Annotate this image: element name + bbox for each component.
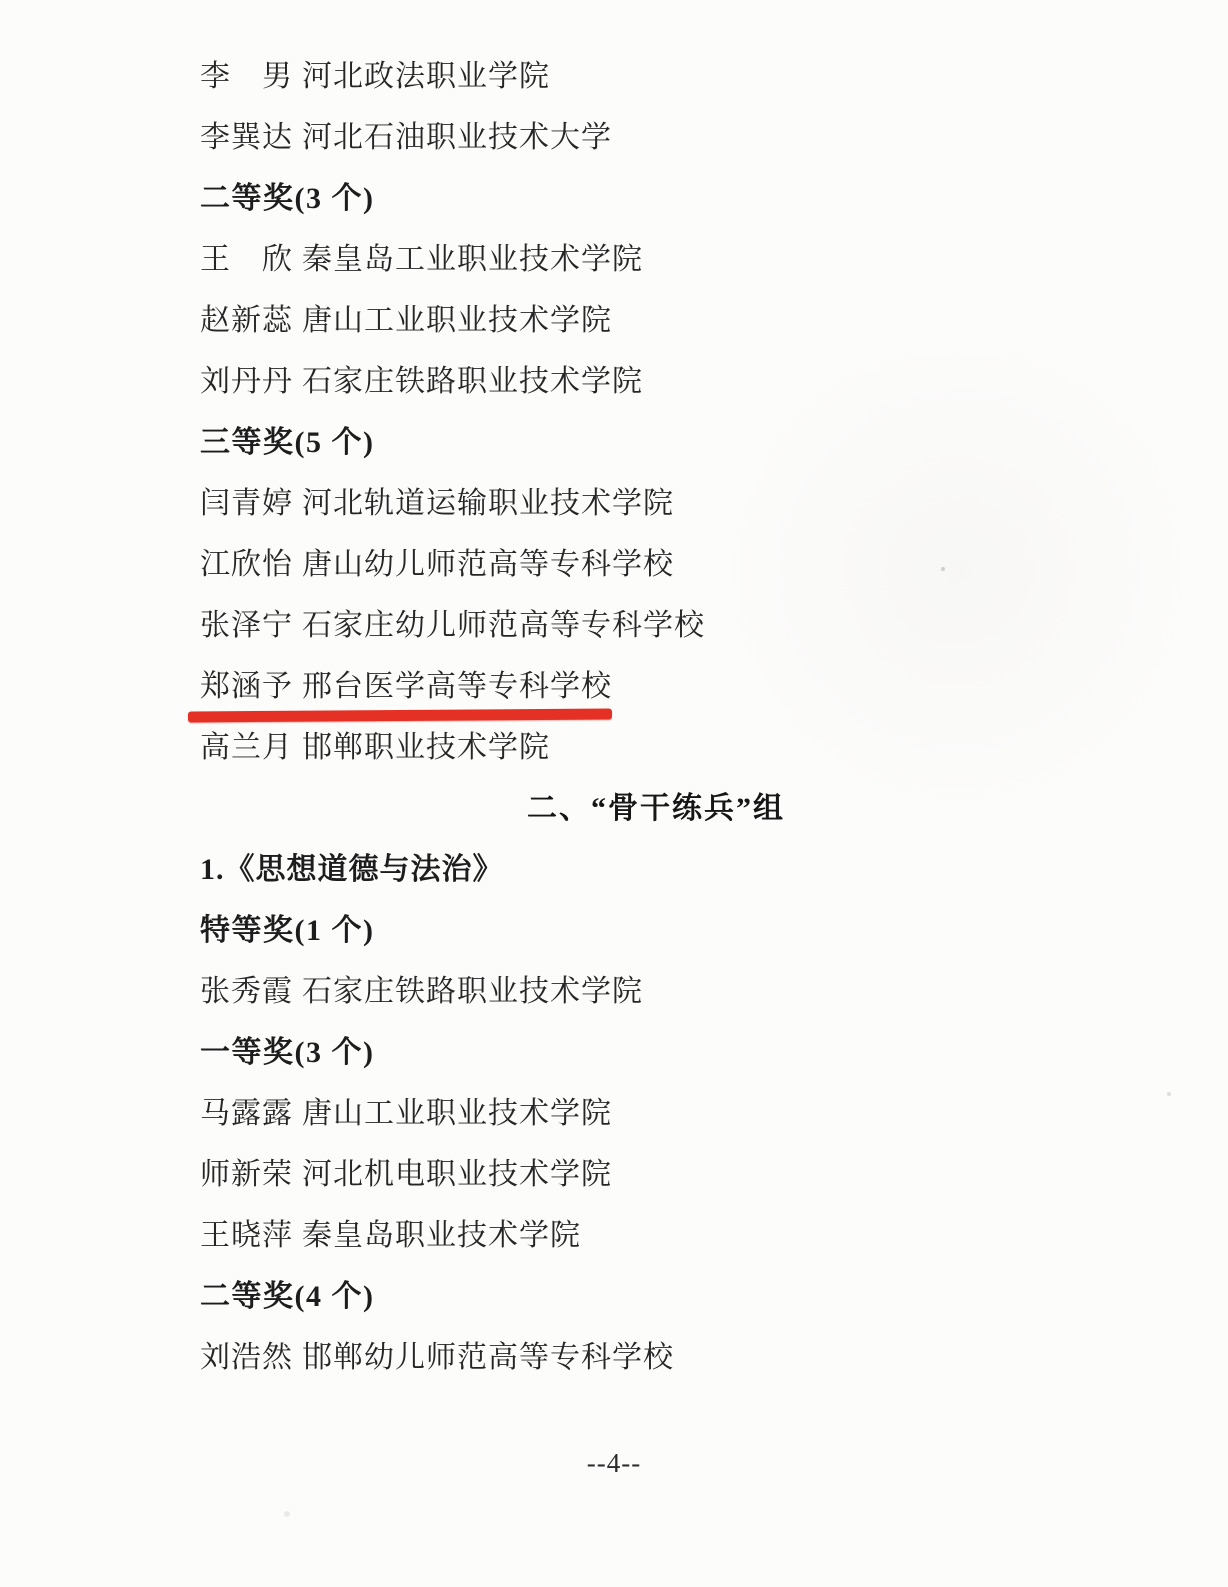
award-tier-heading: 二等奖(3 个) — [200, 182, 1228, 216]
award-entry-row: 王晓萍秦皇岛职业技术学院 — [200, 1219, 1228, 1253]
award-entry-row: 江欣怡唐山幼儿师范高等专科学校 — [200, 548, 1228, 582]
award-entry-row: 张泽宁石家庄幼儿师范高等专科学校 — [200, 609, 1228, 643]
award-entry-row: 张秀霞石家庄铁路职业技术学院 — [200, 975, 1228, 1009]
award-entry-row: 赵新蕊唐山工业职业技术学院 — [200, 304, 1228, 338]
section-heading-row: 二、“骨干练兵”组 — [200, 792, 1228, 826]
award-entry-row: 闫青婷河北轨道运输职业技术学院 — [200, 487, 1228, 521]
winner-name: 闫青婷 — [200, 487, 290, 521]
school-name: 河北石油职业技术大学 — [302, 121, 612, 155]
award-entry-row: 王 欣秦皇岛工业职业技术学院 — [200, 243, 1228, 277]
winner-name: 张秀霞 — [200, 975, 290, 1009]
winner-name: 赵新蕊 — [200, 304, 290, 338]
award-entry-row: 高兰月邯郸职业技术学院 — [200, 731, 1228, 765]
winner-name: 李 男 — [200, 60, 290, 94]
school-name: 邯郸幼儿师范高等专科学校 — [302, 1341, 674, 1375]
scanned-document-page: 李 男河北政法职业学院李巽达河北石油职业技术大学二等奖(3 个)王 欣秦皇岛工业… — [0, 0, 1228, 1587]
school-name: 邢台医学高等专科学校 — [302, 670, 612, 704]
page-number: --4-- — [0, 1448, 1228, 1479]
school-name: 河北机电职业技术学院 — [302, 1158, 612, 1192]
winner-name: 刘浩然 — [200, 1341, 290, 1375]
winner-name: 江欣怡 — [200, 548, 290, 582]
winner-name: 张泽宁 — [200, 609, 290, 643]
school-name: 唐山幼儿师范高等专科学校 — [302, 548, 674, 582]
school-name: 秦皇岛工业职业技术学院 — [302, 243, 643, 277]
award-entry-row: 李 男河北政法职业学院 — [200, 60, 1228, 94]
course-title-heading: 1.《思想道德与法治》 — [200, 853, 1228, 887]
award-tier-heading: 特等奖(1 个) — [200, 914, 1228, 948]
school-name: 邯郸职业技术学院 — [302, 731, 550, 765]
award-entry-row-highlighted: 郑涵予邢台医学高等专科学校 — [200, 670, 1228, 704]
school-name: 石家庄幼儿师范高等专科学校 — [302, 609, 705, 643]
winner-name: 王 欣 — [200, 243, 290, 277]
award-entry-row: 师新荣河北机电职业技术学院 — [200, 1158, 1228, 1192]
award-entry-row: 刘丹丹石家庄铁路职业技术学院 — [200, 365, 1228, 399]
winner-name: 刘丹丹 — [200, 365, 290, 399]
winner-name: 李巽达 — [200, 121, 290, 155]
award-entry-row: 马露露唐山工业职业技术学院 — [200, 1097, 1228, 1131]
winner-name: 王晓萍 — [200, 1219, 290, 1253]
school-name: 唐山工业职业技术学院 — [302, 1097, 612, 1131]
scan-speck — [941, 567, 945, 571]
school-name: 河北轨道运输职业技术学院 — [302, 487, 674, 521]
award-tier-heading: 一等奖(3 个) — [200, 1036, 1228, 1070]
award-tier-heading: 二等奖(4 个) — [200, 1280, 1228, 1314]
school-name: 石家庄铁路职业技术学院 — [302, 975, 643, 1009]
school-name: 石家庄铁路职业技术学院 — [302, 365, 643, 399]
school-name: 河北政法职业学院 — [302, 60, 550, 94]
winner-name: 郑涵予 — [200, 670, 290, 704]
winner-name: 高兰月 — [200, 731, 290, 765]
school-name: 唐山工业职业技术学院 — [302, 304, 612, 338]
award-list: 李 男河北政法职业学院李巽达河北石油职业技术大学二等奖(3 个)王 欣秦皇岛工业… — [200, 60, 1228, 1402]
section-heading: 二、“骨干练兵”组 — [527, 792, 785, 826]
award-entry-row: 李巽达河北石油职业技术大学 — [200, 121, 1228, 155]
winner-name: 马露露 — [200, 1097, 290, 1131]
award-entry-row: 刘浩然邯郸幼儿师范高等专科学校 — [200, 1341, 1228, 1375]
winner-name: 师新荣 — [200, 1158, 290, 1192]
award-tier-heading: 三等奖(5 个) — [200, 426, 1228, 460]
school-name: 秦皇岛职业技术学院 — [302, 1219, 581, 1253]
